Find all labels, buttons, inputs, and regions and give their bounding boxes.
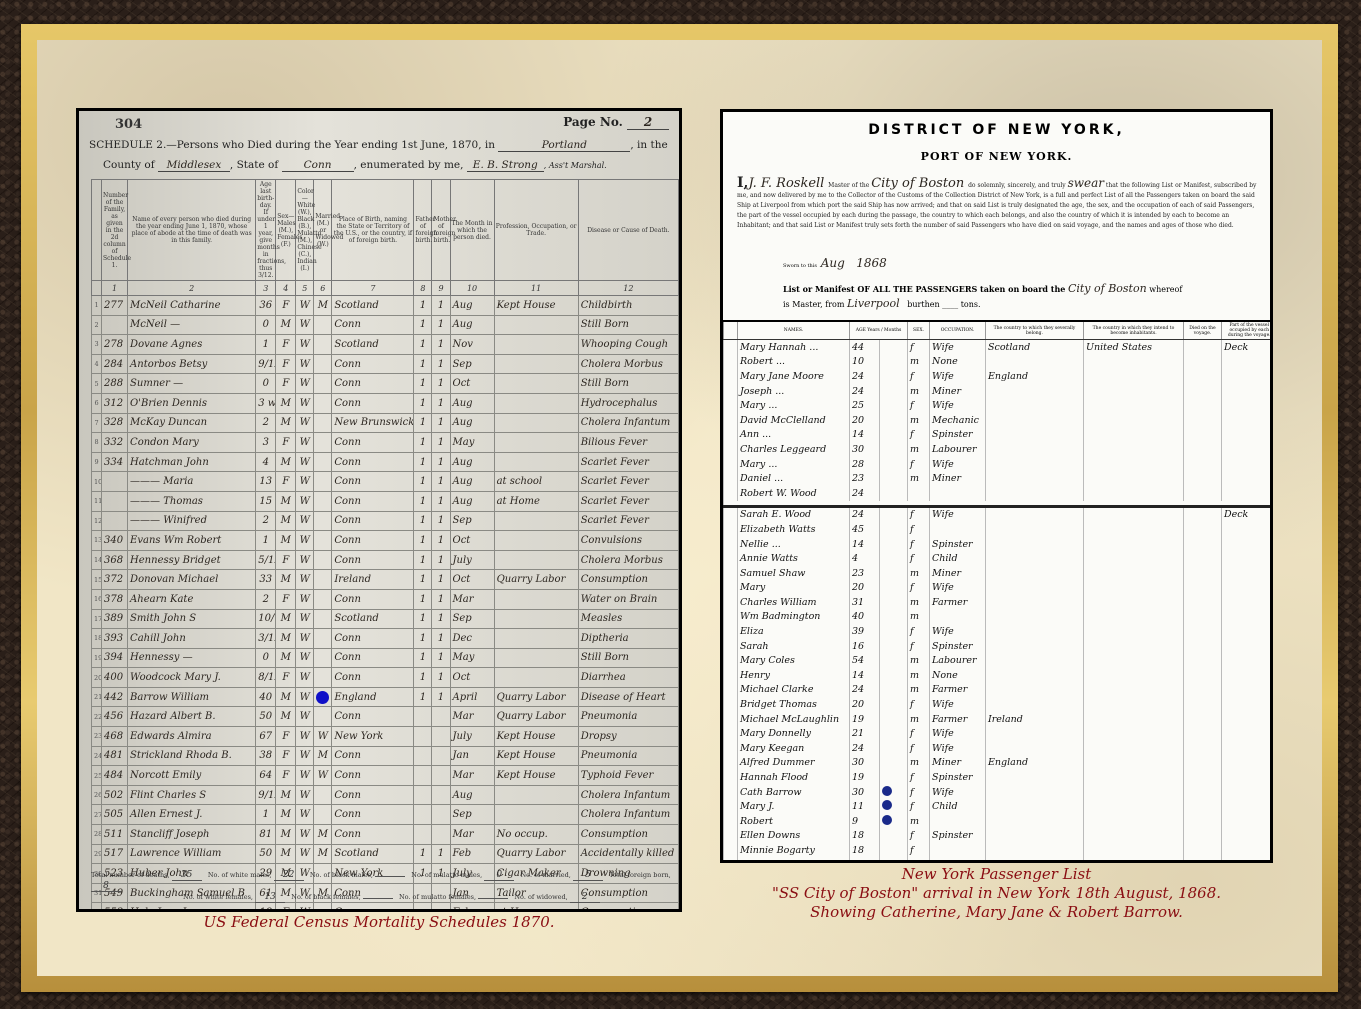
census-cell-name: Allen Ernest J. <box>128 805 256 825</box>
census-cell-name: Norcott Emily <box>128 766 256 786</box>
census-cell-family: 400 <box>102 668 128 688</box>
passenger-cell-mark <box>880 340 908 355</box>
passenger-cell-occupation: Wife <box>930 785 986 800</box>
census-cell-color: W <box>296 511 314 531</box>
passenger-row: Mary ...25fWife <box>724 398 1274 413</box>
census-cell-occupation <box>494 511 578 531</box>
passenger-cell-age: 14 <box>850 537 880 552</box>
census-cell-sex: F <box>276 668 296 688</box>
passenger-cell-sex: m <box>908 413 930 428</box>
census-cell-father: 1 <box>414 491 432 511</box>
census-cell-mother: 1 <box>432 629 450 649</box>
passenger-cell-name: Joseph ... <box>738 384 850 399</box>
census-cell-color: W <box>296 805 314 825</box>
passenger-cell-intended <box>1084 398 1184 413</box>
census-cell-occupation <box>494 589 578 609</box>
census-cell-color: W <box>296 668 314 688</box>
passenger-cell-age: 16 <box>850 639 880 654</box>
passenger-cell-part: Deck <box>1222 506 1274 522</box>
census-cell-mother <box>432 825 450 845</box>
census-cell-birthplace: Conn <box>332 315 414 335</box>
passenger-cell-intended <box>1084 471 1184 486</box>
census-cell-mother <box>432 805 450 825</box>
census-cell-family: 481 <box>102 746 128 766</box>
passenger-cell-part <box>1222 843 1274 858</box>
passenger-cell-name: Samuel Shaw <box>738 566 850 581</box>
census-cell-name: McNeil Catharine <box>128 296 256 316</box>
census-cell-occupation <box>494 433 578 453</box>
passenger-cell-idx <box>724 814 738 829</box>
census-cell-birthplace: Conn <box>332 393 414 413</box>
passenger-cell-idx <box>724 785 738 800</box>
passenger-cell-intended <box>1084 537 1184 552</box>
passenger-cell-occupation <box>930 814 986 829</box>
passenger-cell-country <box>986 457 1084 472</box>
census-mortality-schedule: 304 Page No. 2 SCHEDULE 2.—Persons who D… <box>76 108 682 912</box>
census-cell-line: 13 <box>92 531 102 551</box>
census-cell-age: 5/12 <box>256 550 276 570</box>
census-cell-age: 67 <box>256 727 276 747</box>
census-cell-sex: F <box>276 296 296 316</box>
passenger-cell-intended <box>1084 639 1184 654</box>
passenger-cell-mark <box>880 398 908 413</box>
passenger-row: Robert9m <box>724 814 1274 829</box>
passenger-cell-idx <box>724 442 738 457</box>
passenger-cell-country <box>986 384 1084 399</box>
census-cell-sex: F <box>276 903 296 912</box>
census-cell-month: Aug <box>450 296 494 316</box>
census-cell-family <box>102 491 128 511</box>
census-cell-age: 18 <box>256 903 276 912</box>
census-cell-cause: Still Born <box>578 315 678 335</box>
census-cell-married <box>314 785 332 805</box>
passenger-table: NAMES. AGE Years / Months SEX. OCCUPATIO… <box>723 320 1273 863</box>
census-cell-line: 21 <box>92 687 102 707</box>
passenger-cell-intended <box>1084 384 1184 399</box>
passenger-cell-mark <box>880 756 908 771</box>
census-cell-month: April <box>450 687 494 707</box>
census-cell-color: W <box>296 452 314 472</box>
passenger-cell-mark <box>880 697 908 712</box>
passenger-cell-died <box>1184 799 1222 814</box>
census-cell-family: 312 <box>102 393 128 413</box>
passenger-cell-sex: m <box>908 858 930 863</box>
passenger-cell-part <box>1222 814 1274 829</box>
passenger-rows: Mary Hannah ...44fWifeScotlandUnited Sta… <box>724 340 1274 864</box>
passenger-cell-intended <box>1084 428 1184 443</box>
passenger-cell-intended <box>1084 726 1184 741</box>
passenger-row: Minnie Bogarty18f <box>724 843 1274 858</box>
passenger-cell-age: 4 <box>850 551 880 566</box>
passenger-cell-part <box>1222 428 1274 443</box>
passenger-cell-name: Robert ... <box>738 355 850 370</box>
census-cell-occupation: at Home <box>494 903 578 912</box>
census-cell-father: 1 <box>414 354 432 374</box>
passenger-cell-mark <box>880 712 908 727</box>
passenger-cell-sex: m <box>908 756 930 771</box>
passenger-cell-idx <box>724 522 738 537</box>
census-cell-father: 1 <box>414 550 432 570</box>
census-cell-color: W <box>296 550 314 570</box>
census-cell-married <box>314 805 332 825</box>
census-cell-line: 6 <box>92 393 102 413</box>
passenger-cell-name: Robert W. Wood <box>738 486 850 501</box>
passenger-cell-intended <box>1084 551 1184 566</box>
census-cell-sex: M <box>276 687 296 707</box>
census-cell-family: 502 <box>102 785 128 805</box>
census-cell-sex: F <box>276 727 296 747</box>
passenger-cell-part <box>1222 726 1274 741</box>
census-cell-married: W <box>314 727 332 747</box>
census-cell-line: 1 <box>92 296 102 316</box>
census-row: 23468Edwards Almira67FWWNew YorkJulyKept… <box>92 727 679 747</box>
manifest-title: List or Manifest OF ALL THE PASSENGERS t… <box>783 282 1256 312</box>
census-cell-occupation: Quarry Labor <box>494 687 578 707</box>
passenger-row: Mary20fWife <box>724 581 1274 596</box>
census-cell-cause: Still Born <box>578 648 678 668</box>
passenger-cell-died <box>1184 741 1222 756</box>
census-cell-birthplace: Conn <box>332 903 414 912</box>
passenger-cell-country <box>986 624 1084 639</box>
census-cell-father: 1 <box>414 844 432 864</box>
passenger-cell-sex: m <box>908 610 930 625</box>
census-table: Number of the Family, as given in the 2d… <box>91 179 679 912</box>
census-cell-name: Donovan Michael <box>128 570 256 590</box>
census-cell-month: Aug <box>450 785 494 805</box>
passenger-cell-part: Deck <box>1222 340 1274 355</box>
passenger-cell-occupation: Miner <box>930 384 986 399</box>
passenger-cell-mark <box>880 785 908 800</box>
passenger-cell-died <box>1184 843 1222 858</box>
census-cell-mother: 1 <box>432 354 450 374</box>
census-cell-cause: Cholera Morbus <box>578 354 678 374</box>
census-cell-occupation: at Home <box>494 491 578 511</box>
census-cell-cause: Childbirth <box>578 296 678 316</box>
census-cell-family: 328 <box>102 413 128 433</box>
census-cell-birthplace: Scotland <box>332 335 414 355</box>
census-cell-mother: 1 <box>432 844 450 864</box>
passenger-cell-died <box>1184 457 1222 472</box>
census-cell-married <box>314 374 332 394</box>
passenger-cell-idx <box>724 537 738 552</box>
census-cell-age: 0 <box>256 648 276 668</box>
passenger-cell-died <box>1184 712 1222 727</box>
census-cell-family <box>102 511 128 531</box>
passenger-cell-idx <box>724 340 738 355</box>
census-cell-married <box>314 707 332 727</box>
passenger-cell-age: 24 <box>850 369 880 384</box>
passenger-header-row: NAMES. AGE Years / Months SEX. OCCUPATIO… <box>724 321 1274 340</box>
census-cell-occupation: Quarry Labor <box>494 570 578 590</box>
passenger-cell-mark <box>880 537 908 552</box>
census-row: 19394Hennessy —0MWConn11MayStill Born <box>92 648 679 668</box>
passenger-cell-name: Mary ... <box>738 457 850 472</box>
census-row: 26502Flint Charles S9/12MWConnAugCholera… <box>92 785 679 805</box>
census-cell-color: W <box>296 433 314 453</box>
passenger-cell-part <box>1222 756 1274 771</box>
census-cell-family: 394 <box>102 648 128 668</box>
census-cell-name: Dovane Agnes <box>128 335 256 355</box>
census-cell-married: M <box>314 746 332 766</box>
passenger-cell-name: Charles William <box>738 595 850 610</box>
passenger-cell-intended <box>1084 756 1184 771</box>
passenger-cell-part <box>1222 799 1274 814</box>
passenger-cell-name: Daniel ... <box>738 471 850 486</box>
passenger-cell-intended <box>1084 355 1184 370</box>
census-cell-mother: 1 <box>432 609 450 629</box>
passenger-cell-died <box>1184 384 1222 399</box>
passenger-row: Mary ...28fWife <box>724 457 1274 472</box>
passenger-cell-part <box>1222 785 1274 800</box>
passenger-cell-occupation: Spinster <box>930 829 986 844</box>
census-cell-occupation <box>494 648 578 668</box>
passenger-cell-part <box>1222 566 1274 581</box>
passenger-cell-idx <box>724 610 738 625</box>
census-cell-cause: Accidentally killed <box>578 844 678 864</box>
census-header-row: Number of the Family, as given in the 2d… <box>92 180 679 281</box>
census-cell-line: 25 <box>92 766 102 786</box>
passenger-cell-name: Michael Clarke <box>738 683 850 698</box>
census-cell-birthplace: England <box>332 687 414 707</box>
census-cell-married <box>314 687 332 707</box>
census-cell-married <box>314 335 332 355</box>
passenger-cell-occupation: Wife <box>930 340 986 355</box>
passenger-cell-age: 23 <box>850 471 880 486</box>
passenger-cell-intended <box>1084 697 1184 712</box>
passenger-cell-age: 30 <box>850 442 880 457</box>
passenger-cell-occupation: Spinster <box>930 770 986 785</box>
passenger-cell-mark <box>880 595 908 610</box>
census-cell-name: McKay Duncan <box>128 413 256 433</box>
passenger-cell-mark <box>880 442 908 457</box>
passenger-cell-died <box>1184 697 1222 712</box>
passenger-cell-age: 30 <box>850 756 880 771</box>
passenger-cell-sex: f <box>908 829 930 844</box>
census-cell-line: 14 <box>92 550 102 570</box>
passenger-cell-country <box>986 442 1084 457</box>
census-cell-month: Mar <box>450 707 494 727</box>
census-cell-mother: 1 <box>432 687 450 707</box>
census-cell-cause: Cholera Infantum <box>578 785 678 805</box>
passenger-cell-intended <box>1084 814 1184 829</box>
passenger-cell-country <box>986 398 1084 413</box>
passenger-cell-age: 14 <box>850 668 880 683</box>
census-cell-father: 1 <box>414 668 432 688</box>
census-cell-birthplace: Conn <box>332 707 414 727</box>
census-cell-age: 13 <box>256 472 276 492</box>
census-cell-sex: F <box>276 766 296 786</box>
census-cell-sex: M <box>276 785 296 805</box>
census-cell-color: W <box>296 825 314 845</box>
census-cell-sex: M <box>276 511 296 531</box>
census-cell-cause: Diptheria <box>578 629 678 649</box>
census-cell-occupation <box>494 354 578 374</box>
passenger-cell-mark <box>880 522 908 537</box>
passenger-row: Michael Clarke24mFarmer <box>724 683 1274 698</box>
passenger-cell-sex: f <box>908 428 930 443</box>
census-cell-mother: 1 <box>432 491 450 511</box>
passenger-cell-part <box>1222 653 1274 668</box>
census-cell-sex: M <box>276 413 296 433</box>
passenger-cell-idx <box>724 756 738 771</box>
passenger-cell-mark <box>880 683 908 698</box>
census-cell-mother: 1 <box>432 296 450 316</box>
passenger-cell-mark <box>880 384 908 399</box>
passenger-cell-mark <box>880 355 908 370</box>
census-cell-age: 10/12 <box>256 609 276 629</box>
census-cell-age: 2 <box>256 511 276 531</box>
passenger-cell-country <box>986 581 1084 596</box>
passenger-cell-died <box>1184 398 1222 413</box>
passenger-cell-died <box>1184 522 1222 537</box>
census-cell-color: W <box>296 629 314 649</box>
census-cell-occupation <box>494 668 578 688</box>
census-cell-family: 332 <box>102 433 128 453</box>
passenger-cell-mark <box>880 413 908 428</box>
passenger-cell-country <box>986 697 1084 712</box>
passenger-row: Ellen Downs18fSpinster <box>724 829 1274 844</box>
passenger-cell-sex: f <box>908 785 930 800</box>
census-cell-birthplace: Ireland <box>332 570 414 590</box>
census-cell-birthplace: Conn <box>332 648 414 668</box>
passenger-cell-occupation: Labourer <box>930 653 986 668</box>
passenger-cell-sex: f <box>908 639 930 654</box>
census-caption: US Federal Census Mortality Schedules 18… <box>76 913 682 932</box>
passenger-caption: New York Passenger List "SS City of Bost… <box>720 865 1273 922</box>
census-cell-occupation: Quarry Labor <box>494 844 578 864</box>
passenger-cell-occupation: Spinster <box>930 428 986 443</box>
census-cell-married: M <box>314 296 332 316</box>
passenger-cell-country <box>986 814 1084 829</box>
passenger-cell-mark <box>880 799 908 814</box>
passenger-cell-age: 25 <box>850 398 880 413</box>
passenger-cell-country <box>986 471 1084 486</box>
census-cell-family: 284 <box>102 354 128 374</box>
census-cell-father: 1 <box>414 296 432 316</box>
passenger-cell-idx <box>724 843 738 858</box>
passenger-cell-intended <box>1084 843 1184 858</box>
passenger-cell-age: 18 <box>850 843 880 858</box>
passenger-cell-name: Ellen Downs <box>738 829 850 844</box>
census-cell-mother: 1 <box>432 452 450 472</box>
passenger-cell-died <box>1184 858 1222 863</box>
census-cell-color: W <box>296 531 314 551</box>
passenger-cell-died <box>1184 506 1222 522</box>
passenger-row: Michael McLaughlin19mFarmerIreland <box>724 712 1274 727</box>
passenger-cell-age: 28 <box>850 457 880 472</box>
census-cell-married <box>314 491 332 511</box>
passenger-cell-intended <box>1084 770 1184 785</box>
passenger-cell-sex: f <box>908 537 930 552</box>
census-cell-married <box>314 511 332 531</box>
passenger-cell-name: Annie Watts <box>738 551 850 566</box>
census-cell-month: Oct <box>450 531 494 551</box>
census-cell-sex: F <box>276 433 296 453</box>
census-cell-mother: 1 <box>432 550 450 570</box>
census-cell-month: Sep <box>450 609 494 629</box>
census-cell-father: 1 <box>414 629 432 649</box>
census-cell-line: 23 <box>92 727 102 747</box>
passenger-row: Alfred Dummer30mMinerEngland <box>724 756 1274 771</box>
passenger-cell-intended <box>1084 785 1184 800</box>
census-cell-name: Edwards Almira <box>128 727 256 747</box>
passenger-cell-part <box>1222 741 1274 756</box>
census-cell-color: W <box>296 393 314 413</box>
passenger-cell-intended: United States <box>1084 340 1184 355</box>
passenger-cell-name: Minnie Bogarty <box>738 843 850 858</box>
census-cell-married <box>314 354 332 374</box>
passenger-cell-sex: f <box>908 369 930 384</box>
passenger-cell-name: Mary Hannah ... <box>738 340 850 355</box>
passenger-cell-mark <box>880 726 908 741</box>
census-cell-name: Stancliff Joseph <box>128 825 256 845</box>
census-cell-age: 38 <box>256 746 276 766</box>
passenger-cell-occupation: Farmer <box>930 595 986 610</box>
passenger-cell-age: 24 <box>850 384 880 399</box>
passenger-cell-occupation: Miner <box>930 756 986 771</box>
passenger-cell-idx <box>724 697 738 712</box>
census-cell-birthplace: Conn <box>332 805 414 825</box>
census-cell-birthplace: Conn <box>332 374 414 394</box>
census-cell-cause: Dropsy <box>578 727 678 747</box>
census-cell-line: 26 <box>92 785 102 805</box>
census-cell-sex: M <box>276 452 296 472</box>
passenger-cell-age: 24 <box>850 486 880 501</box>
census-cell-age: 0 <box>256 315 276 335</box>
census-cell-color: W <box>296 589 314 609</box>
census-cell-mother <box>432 746 450 766</box>
census-cell-color: W <box>296 472 314 492</box>
passenger-cell-idx <box>724 566 738 581</box>
census-cell-color: W <box>296 374 314 394</box>
passenger-cell-occupation: Child <box>930 551 986 566</box>
census-cell-month: Aug <box>450 413 494 433</box>
census-cell-name: Condon Mary <box>128 433 256 453</box>
passenger-cell-name: Mary Coles <box>738 653 850 668</box>
census-cell-name: Barrow William <box>128 687 256 707</box>
passenger-cell-died <box>1184 355 1222 370</box>
census-cell-occupation <box>494 374 578 394</box>
census-cell-age: 1 <box>256 335 276 355</box>
passenger-cell-name: Sarah <box>738 639 850 654</box>
census-cell-father: 1 <box>414 531 432 551</box>
census-page-number: 304 <box>115 117 142 132</box>
census-cell-father <box>414 746 432 766</box>
passenger-cell-age: 20 <box>850 581 880 596</box>
passenger-cell-idx <box>724 551 738 566</box>
passenger-cell-country <box>986 486 1084 501</box>
passenger-cell-intended <box>1084 486 1184 501</box>
passenger-cell-name: Wm Badmington <box>738 610 850 625</box>
passenger-cell-sex: m <box>908 712 930 727</box>
passenger-cell-occupation: Wife <box>930 457 986 472</box>
passenger-cell-intended <box>1084 566 1184 581</box>
census-cell-name: Flint Charles S <box>128 785 256 805</box>
passenger-cell-age: 24 <box>850 506 880 522</box>
census-cell-age: 3 wk <box>256 393 276 413</box>
census-cell-occupation: Kept House <box>494 746 578 766</box>
passenger-cell-idx <box>724 741 738 756</box>
passenger-cell-age: 54 <box>850 653 880 668</box>
passenger-cell-country: Ireland <box>986 712 1084 727</box>
passenger-cell-occupation: None <box>930 668 986 683</box>
census-cell-line: 32 <box>92 903 102 912</box>
passenger-cell-part <box>1222 668 1274 683</box>
census-row: 5288Sumner —0FWConn11OctStill Born <box>92 374 679 394</box>
census-cell-age: 81 <box>256 825 276 845</box>
passenger-cell-country <box>986 537 1084 552</box>
passenger-cell-country <box>986 770 1084 785</box>
